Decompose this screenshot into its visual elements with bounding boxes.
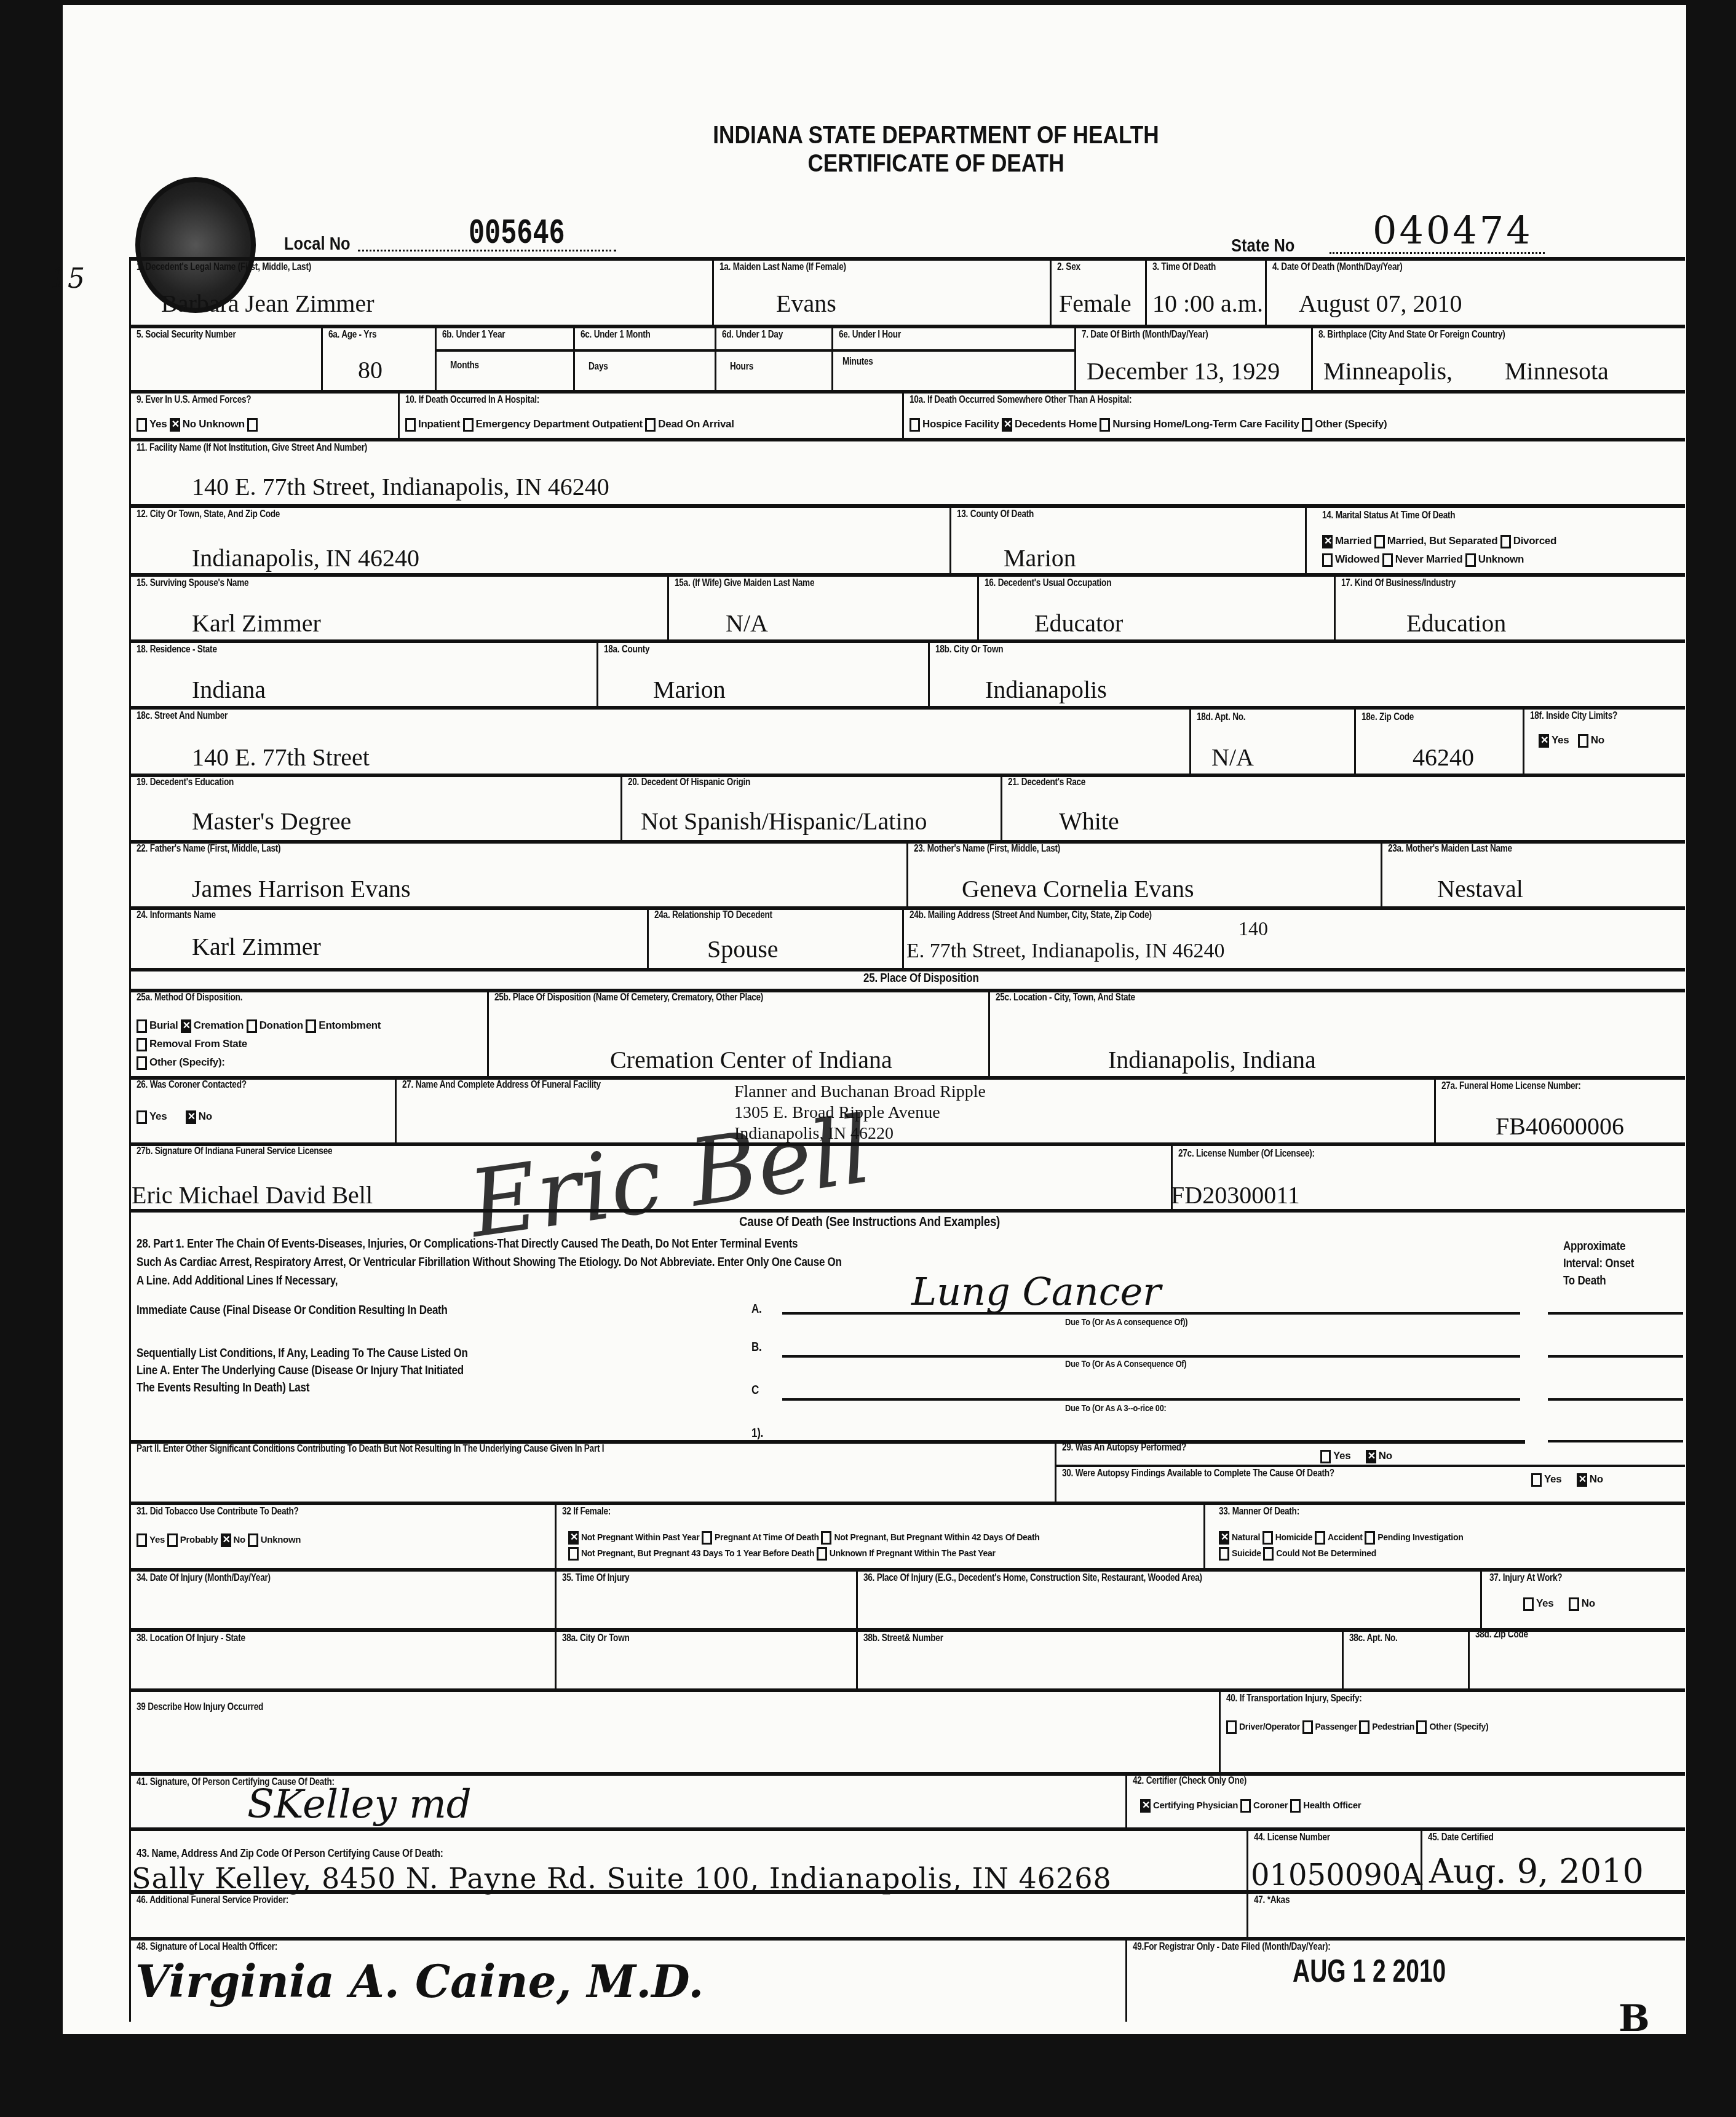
option-label: Health Officer	[1303, 1800, 1361, 1811]
checkbox-er-outpatient[interactable]	[463, 418, 474, 432]
funeral-home-license: FB40600006	[1496, 1112, 1624, 1141]
divider	[1247, 1827, 1248, 1891]
label-ssn: 5. Social Security Number	[137, 330, 236, 341]
divider	[487, 989, 489, 1077]
interval-label-3: To Death	[1563, 1274, 1606, 1288]
method-option-other: Other (Specify):	[137, 1056, 225, 1070]
option-label: Removal From State	[149, 1038, 247, 1050]
label-street: 18c. Street And Number	[137, 711, 228, 722]
other-place-options: Hospice Facility ✕Decedents Home Nursing…	[910, 418, 1387, 432]
rule	[129, 989, 1685, 992]
divider	[435, 325, 437, 391]
divider	[902, 906, 904, 969]
rule	[129, 706, 1685, 710]
checkbox-yes[interactable]	[137, 1110, 147, 1124]
manner-options-row1: ✕Natural Homicide Accident Pending Inves…	[1219, 1531, 1463, 1545]
option-label: Yes	[1333, 1450, 1350, 1462]
label-certifier-address: 43. Name, Address And Zip Code Of Person…	[137, 1847, 443, 1860]
checkbox-pedestrian[interactable]	[1359, 1720, 1369, 1734]
checkbox-health-officer[interactable]	[1290, 1799, 1301, 1813]
state-no-label: State No	[1231, 235, 1294, 256]
divider	[977, 573, 979, 641]
option-label: Yes	[149, 1535, 165, 1545]
divider	[1265, 257, 1267, 327]
cause-instructions-1: 28. Part 1. Enter The Chain Of Events-Di…	[137, 1237, 798, 1251]
checkbox-no[interactable]	[1578, 734, 1588, 748]
label-place-of-disposition-section: 25. Place Of Disposition	[863, 971, 979, 986]
rule	[435, 349, 1074, 352]
option-label: Divorced	[1513, 535, 1556, 547]
option-label: Yes	[1552, 734, 1569, 746]
licensee-name: Eric Michael David Bell	[132, 1181, 373, 1209]
label-autopsy: 29. Was An Autopsy Performed?	[1062, 1442, 1186, 1454]
line-d-letter: 1).	[751, 1427, 763, 1441]
maiden-name: Evans	[776, 289, 836, 318]
findings-options: Yes ✕No	[1531, 1473, 1603, 1487]
line-b-due-to: Due To (Or As A Consequence Of)	[1065, 1359, 1186, 1369]
checkbox-entombment[interactable]	[306, 1019, 316, 1033]
label-injury-zip: 38d. Zip Code	[1475, 1629, 1528, 1640]
option-label: Not Pregnant, But Pregnant 43 Days To 1 …	[581, 1548, 814, 1558]
disposition-place: Cremation Center of Indiana	[610, 1045, 892, 1074]
education: Master's Degree	[192, 807, 351, 836]
label-date-of-injury: 34. Date Of Injury (Month/Day/Year)	[137, 1573, 271, 1584]
tobacco-options: Yes Probably ✕No Unknown	[137, 1533, 301, 1547]
divider	[1354, 706, 1356, 775]
checkbox-other[interactable]	[1416, 1720, 1427, 1734]
divider	[712, 257, 714, 327]
option-label: No	[1590, 1473, 1603, 1485]
option-label: Could Not Be Determined	[1276, 1548, 1376, 1558]
death-city-state-zip: Indianapolis, IN 46240	[192, 544, 419, 572]
interval-line-d[interactable]	[1548, 1440, 1683, 1442]
divider	[1523, 706, 1524, 775]
label-residence-city: 18b. City Or Town	[935, 644, 1003, 655]
divider	[1311, 325, 1313, 391]
option-label: No	[183, 418, 196, 430]
option-label: Other (Specify):	[149, 1056, 225, 1068]
date-certified: Aug. 9, 2010	[1429, 1852, 1644, 1891]
label-describe-injury: 39 Describe How Injury Occurred	[137, 1702, 263, 1713]
checkbox-undetermined[interactable]	[1263, 1547, 1274, 1561]
rule	[129, 1209, 1685, 1213]
checkbox-yes-checked[interactable]: ✕	[1539, 734, 1549, 748]
label-immediate-cause: Immediate Cause (Final Disease Or Condit…	[137, 1304, 448, 1318]
checkbox-decedents-home-checked[interactable]: ✕	[1002, 418, 1012, 432]
checkbox-unknown[interactable]	[248, 1533, 258, 1547]
divider	[715, 325, 716, 391]
label-cause-of-death-section: Cause Of Death (See Instructions And Exa…	[739, 1214, 1000, 1230]
label-transport-injury: 40. If Transportation Injury, Specify:	[1226, 1693, 1362, 1704]
checkbox-accident[interactable]	[1315, 1531, 1325, 1545]
relationship: Spouse	[707, 935, 779, 964]
date-of-death: August 07, 2010	[1299, 289, 1462, 318]
coroner-options: Yes ✕No	[137, 1110, 212, 1124]
label-informant: 24. Informants Name	[137, 910, 216, 921]
label-mother: 23. Mother's Name (First, Middle, Last)	[914, 844, 1060, 855]
divider	[1305, 504, 1307, 574]
mother-maiden-name: Nestaval	[1437, 874, 1523, 903]
checkbox-yes[interactable]	[137, 1533, 147, 1547]
option-label: Probably	[180, 1535, 218, 1545]
checkbox-pregnant-at-death[interactable]	[702, 1531, 712, 1545]
checkbox-married-separated[interactable]	[1374, 535, 1385, 548]
checkbox-pregnant-43-days-1-year[interactable]	[568, 1547, 579, 1561]
label-mother-maiden: 23a. Mother's Maiden Last Name	[1388, 844, 1512, 855]
checkbox-divorced[interactable]	[1500, 535, 1511, 548]
line-c-letter: C	[751, 1383, 759, 1398]
divider	[906, 840, 908, 908]
checkbox-doa[interactable]	[645, 418, 656, 432]
divider	[1189, 706, 1191, 775]
option-label: Yes	[149, 418, 167, 430]
cause-line-a-value: Lung Cancer	[911, 1269, 1161, 1314]
rule	[129, 325, 1685, 328]
female-options-row1: ✕Not Pregnant Within Past Year Pregnant …	[568, 1531, 1040, 1545]
divider	[988, 989, 990, 1077]
label-tobacco: 31. Did Tobacco Use Contribute To Death?	[137, 1506, 299, 1518]
checkbox-yes[interactable]	[1320, 1450, 1331, 1463]
label-other-place: 10a. If Death Occurred Somewhere Other T…	[910, 395, 1132, 406]
label-injury-street: 38b. Street& Number	[863, 1633, 943, 1644]
divider	[573, 325, 575, 391]
option-label: Unknown If Pregnant Within The Past Year	[830, 1548, 996, 1558]
divider	[1247, 1890, 1248, 1938]
option-label: Nursing Home/Long-Term Care Facility	[1112, 418, 1299, 430]
checkbox-nursing-home[interactable]	[1100, 418, 1110, 432]
option-label: Certifying Physician	[1153, 1800, 1238, 1811]
label-manner-of-death: 33. Manner Of Death:	[1219, 1506, 1299, 1518]
checkbox-coroner[interactable]	[1240, 1799, 1251, 1813]
option-label: Unknown	[199, 418, 244, 430]
checkbox-no[interactable]	[1569, 1597, 1579, 1611]
divider	[555, 1568, 557, 1631]
option-label: Suicide	[1232, 1548, 1261, 1558]
license-number: FD20300011	[1171, 1181, 1300, 1209]
option-label: Other (Specify)	[1429, 1722, 1488, 1731]
divider	[1468, 1628, 1470, 1691]
time-of-death: 10 :00 a.m.	[1152, 289, 1263, 318]
method-options-row1: Burial ✕Cremation Donation Entombment	[137, 1019, 381, 1033]
divider	[1480, 1568, 1482, 1631]
divider	[597, 639, 598, 707]
checkbox-never-married[interactable]	[1382, 553, 1393, 567]
checkbox-inpatient[interactable]	[405, 418, 416, 432]
label-residence-state: 18. Residence - State	[137, 644, 217, 655]
checkbox-yes[interactable]	[1523, 1597, 1534, 1611]
label-birthplace: 8. Birthplace (City And State Or Foreign…	[1318, 330, 1505, 341]
checkbox-cremation-checked[interactable]: ✕	[181, 1019, 191, 1033]
rule	[129, 1827, 1685, 1831]
divider	[856, 1628, 858, 1691]
label-injury-state: 38. Location Of Injury - State	[137, 1633, 245, 1644]
rule	[1055, 1465, 1685, 1467]
disposition-location: Indianapolis, Indiana	[1108, 1045, 1316, 1074]
rule	[129, 438, 1685, 441]
cause-line-b[interactable]	[782, 1355, 1520, 1358]
checkbox-no-checked[interactable]: ✕	[186, 1110, 196, 1124]
option-label: Married, But Separated	[1387, 535, 1498, 547]
option-label: Entombment	[319, 1019, 381, 1031]
rule	[129, 1937, 1685, 1941]
checkbox-yes[interactable]	[137, 418, 147, 432]
divider	[1434, 1076, 1436, 1144]
option-label: Donation	[260, 1019, 303, 1031]
option-label: No	[199, 1110, 212, 1122]
label-days: Days	[589, 362, 608, 373]
checkbox-no-checked[interactable]: ✕	[170, 418, 180, 432]
divider	[949, 504, 951, 574]
interval-label-1: Approximate	[1563, 1240, 1625, 1254]
checkbox-homicide[interactable]	[1262, 1531, 1273, 1545]
checkbox-suicide[interactable]	[1219, 1547, 1229, 1561]
corner-mark: B	[1619, 1997, 1650, 2040]
checkbox-unknown-pregnant[interactable]	[817, 1547, 827, 1561]
option-label: Decedents Home	[1015, 418, 1097, 430]
race: White	[1059, 807, 1119, 836]
option-label: Never Married	[1395, 553, 1463, 565]
date-of-birth: December 13, 1929	[1087, 357, 1280, 386]
checkbox-donation[interactable]	[247, 1019, 257, 1033]
checkbox-no-checked[interactable]: ✕	[1577, 1473, 1587, 1487]
injury-at-work-options: Yes No	[1523, 1597, 1595, 1611]
label-if-female: 32 If Female:	[562, 1506, 611, 1518]
option-label: Other (Specify)	[1315, 418, 1387, 430]
label-additional-provider: 46. Additional Funeral Service Provider:	[137, 1895, 288, 1906]
divider	[1421, 1827, 1422, 1891]
label-under-1-hour: 6e. Under I Hour	[839, 330, 901, 341]
local-no: 005646	[469, 214, 565, 254]
checkbox-no-checked[interactable]: ✕	[1366, 1450, 1376, 1463]
agency-title: INDIANA STATE DEPARTMENT OF HEALTH	[665, 122, 1207, 149]
divider	[856, 1568, 858, 1631]
checkbox-unknown[interactable]	[247, 418, 258, 432]
label-funeral-facility: 27. Name And Complete Address Of Funeral…	[402, 1080, 601, 1091]
rule	[129, 257, 1685, 261]
label-location: 25c. Location - City, Town, And State	[996, 992, 1135, 1003]
female-options-row2: Not Pregnant, But Pregnant 43 Days To 1 …	[568, 1547, 996, 1561]
checkbox-no-checked[interactable]: ✕	[221, 1533, 231, 1547]
mother-name: Geneva Cornelia Evans	[962, 874, 1194, 903]
option-label: Burial	[149, 1019, 178, 1031]
divider	[1381, 840, 1382, 908]
label-coroner: 26. Was Coroner Contacted?	[137, 1080, 247, 1091]
checkbox-driver[interactable]	[1226, 1720, 1237, 1734]
transport-options: Driver/Operator Passenger Pedestrian Oth…	[1226, 1720, 1488, 1734]
option-label: Pending Investigation	[1377, 1532, 1463, 1542]
checkbox-removal[interactable]	[137, 1038, 147, 1051]
label-under-1-year: 6b. Under 1 Year	[442, 330, 505, 341]
date-filed-stamp: AUG 1 2 2010	[1293, 1953, 1446, 1990]
option-label: Yes	[1536, 1597, 1553, 1609]
option-label: Natural	[1232, 1532, 1260, 1542]
label-time-of-death: 3. Time Of Death	[1152, 262, 1216, 273]
option-label: Hospice Facility	[922, 418, 999, 430]
label-occupation: 16. Decedent's Usual Occupation	[985, 578, 1111, 589]
label-minutes: Minutes	[842, 357, 873, 368]
line-a-due-to: Due To (Or As A consequence Of))	[1065, 1317, 1187, 1328]
checkbox-certifying-physician-checked[interactable]: ✕	[1140, 1799, 1151, 1813]
label-relationship: 24a. Relationship TO Decedent	[654, 910, 772, 921]
label-hours: Hours	[730, 362, 753, 373]
sex: Female	[1059, 289, 1132, 318]
label-licensee-signature: 27b. Signature Of Indiana Funeral Servic…	[137, 1146, 332, 1157]
divider	[555, 1502, 557, 1569]
label-health-officer-signature: 48. Signature of Local Health Officer:	[137, 1942, 277, 1953]
county-of-death: Marion	[1004, 544, 1076, 572]
divider	[1125, 1772, 1127, 1829]
label-business: 17. Kind Of Business/Industry	[1341, 578, 1456, 589]
option-label: Yes	[1544, 1473, 1561, 1485]
label-mailing-address: 24b. Mailing Address (Street And Number,…	[910, 910, 1152, 921]
checkbox-natural-checked[interactable]: ✕	[1219, 1531, 1229, 1545]
label-spouse: 15. Surviving Spouse's Name	[137, 578, 248, 589]
checkbox-hospice[interactable]	[910, 418, 920, 432]
divider	[1125, 1937, 1127, 2022]
line-c-due-to: Due To (Or As A 3--o-rice 00:	[1065, 1403, 1167, 1414]
checkbox-pregnant-42-days[interactable]	[821, 1531, 831, 1545]
option-label: Yes	[149, 1110, 167, 1122]
checkbox-married-checked[interactable]: ✕	[1322, 535, 1333, 548]
rule	[129, 390, 1685, 394]
manner-options-row2: Suicide Could Not Be Determined	[1219, 1547, 1376, 1561]
form-frame	[129, 257, 1689, 2022]
option-label: Passenger	[1315, 1722, 1357, 1731]
checkbox-probably[interactable]	[167, 1533, 178, 1547]
label-wife-maiden: 15a. (If Wife) Give Maiden Last Name	[675, 578, 814, 589]
divider	[321, 325, 323, 391]
interval-line-c[interactable]	[1548, 1398, 1683, 1401]
birth-city: Minneapolis,	[1323, 357, 1453, 386]
facility-address: 140 E. 77th Street, Indianapolis, IN 462…	[192, 472, 609, 501]
label-date-certified: 45. Date Certified	[1428, 1832, 1494, 1843]
occupation: Educator	[1034, 609, 1123, 638]
residence-apt: N/A	[1211, 743, 1254, 772]
residence-zip: 46240	[1413, 743, 1474, 772]
checkbox-unknown[interactable]	[1465, 553, 1476, 567]
mailing-address: E. 77th Street, Indianapolis, IN 46240	[906, 940, 1224, 963]
option-label: Dead On Arrival	[658, 418, 734, 430]
checkbox-other[interactable]	[137, 1056, 147, 1070]
divider	[647, 906, 649, 969]
option-label: Homicide	[1275, 1532, 1313, 1542]
margin-note: 15	[50, 263, 85, 295]
divider	[928, 639, 930, 707]
option-label: Driver/Operator	[1239, 1722, 1300, 1731]
label-facility: 11. Facility Name (If Not Institution, G…	[137, 443, 367, 454]
line-a-letter: A.	[751, 1302, 761, 1316]
option-label: Not Pregnant Within Past Year	[581, 1532, 699, 1542]
business: Education	[1406, 609, 1506, 638]
rule	[129, 1568, 1685, 1572]
label-sequential-3: The Events Resulting In Death) Last	[137, 1381, 309, 1395]
divider	[667, 573, 669, 641]
birth-state: Minnesota	[1505, 357, 1609, 386]
rule	[129, 1772, 1685, 1776]
divider	[1203, 1502, 1205, 1569]
cause-instructions-3: A Line. Add Additional Lines If Necessar…	[137, 1274, 338, 1288]
checkbox-widowed[interactable]	[1322, 553, 1333, 567]
rule	[129, 639, 1685, 643]
residence-street: 140 E. 77th Street	[192, 743, 370, 772]
spouse-name: Karl Zimmer	[192, 609, 321, 638]
label-maiden-name: 1a. Maiden Last Name (If Female)	[719, 262, 846, 273]
interval-label-2: Interval: Onset	[1563, 1257, 1634, 1271]
option-label: Widowed	[1335, 553, 1379, 565]
certifier-signature: SKelley md	[247, 1782, 472, 1827]
checkbox-other[interactable]	[1302, 418, 1312, 432]
option-label: Accident	[1328, 1532, 1363, 1542]
checkbox-yes[interactable]	[1531, 1473, 1542, 1487]
interval-line-b[interactable]	[1548, 1355, 1683, 1358]
label-place-of-injury: 36. Place Of Injury (E.G., Decedent's Ho…	[863, 1573, 1202, 1584]
certifier-type-options: ✕Certifying Physician Coroner Health Off…	[1140, 1799, 1361, 1813]
label-sequential-2: Line A. Enter The Underlying Cause (Dise…	[137, 1364, 464, 1378]
rule	[129, 573, 1685, 577]
label-hispanic: 20. Decedent Of Hispanic Origin	[628, 777, 750, 788]
option-label: No	[1379, 1450, 1392, 1462]
hospital-options: Inpatient Emergency Department Outpatien…	[405, 418, 734, 432]
divider	[831, 325, 833, 391]
label-race: 21. Decedent's Race	[1008, 777, 1085, 788]
label-time-of-injury: 35. Time Of Injury	[562, 1573, 629, 1584]
mailing-number: 140	[1239, 917, 1268, 940]
option-label: No	[234, 1535, 245, 1545]
father-name: James Harrison Evans	[192, 874, 410, 903]
label-method-of-disposition: 25a. Method Of Disposition.	[137, 992, 242, 1003]
rule	[129, 906, 1685, 910]
label-apt: 18d. Apt. No.	[1197, 712, 1245, 723]
label-father: 22. Father's Name (First, Middle, Last)	[137, 844, 280, 855]
interval-line-a[interactable]	[1548, 1312, 1683, 1315]
label-age: 6a. Age - Yrs	[328, 330, 376, 341]
checkbox-passenger[interactable]	[1302, 1720, 1313, 1734]
divider	[1219, 1688, 1221, 1773]
label-zip: 18e. Zip Code	[1361, 712, 1414, 723]
certifier-license: 01050090A	[1251, 1858, 1422, 1893]
cause-line-c[interactable]	[782, 1398, 1520, 1401]
label-injury-city: 38a. City Or Town	[562, 1633, 630, 1644]
label-under-1-month: 6c. Under 1 Month	[581, 330, 651, 341]
rule	[129, 504, 1685, 508]
autopsy-options: Yes ✕No	[1320, 1450, 1392, 1463]
form-title: CERTIFICATE OF DEATH	[665, 150, 1207, 178]
marital-options-row1: ✕Married Married, But Separated Divorced	[1322, 535, 1556, 548]
label-funeral-home-license: 27a. Funeral Home License Number:	[1441, 1081, 1581, 1092]
rule	[129, 1890, 1685, 1894]
method-option-removal: Removal From State	[137, 1038, 247, 1051]
option-label: Not Pregnant, But Pregnant Within 42 Day…	[834, 1532, 1039, 1542]
label-dob: 7. Date Of Birth (Month/Day/Year)	[1082, 330, 1208, 341]
divider	[395, 1076, 397, 1144]
label-education: 19. Decedent's Education	[137, 777, 234, 788]
city-limits-options: ✕Yes No	[1539, 734, 1604, 748]
rule	[129, 1688, 1685, 1692]
cause-instructions-2: Such As Cardiac Arrest, Respiratory Arre…	[137, 1256, 842, 1270]
label-injury-apt: 38c. Apt. No.	[1349, 1633, 1398, 1644]
label-decedent-name: 1. Decedent's Legal Name (First, Middle,…	[137, 262, 311, 273]
divider	[555, 1628, 557, 1691]
label-city-limits: 18f. Inside City Limits?	[1530, 711, 1617, 722]
death-certificate-page: INDIANA STATE DEPARTMENT OF HEALTH CERTI…	[63, 5, 1686, 2034]
label-place: 25b. Place Of Disposition (Name Of Cemet…	[494, 992, 763, 1003]
wife-maiden-name: N/A	[726, 609, 768, 638]
divider	[1334, 573, 1336, 641]
divider	[398, 390, 400, 439]
checkbox-pending[interactable]	[1365, 1531, 1375, 1545]
checkbox-burial[interactable]	[137, 1019, 147, 1033]
checkbox-not-pregnant-checked[interactable]: ✕	[568, 1531, 579, 1545]
